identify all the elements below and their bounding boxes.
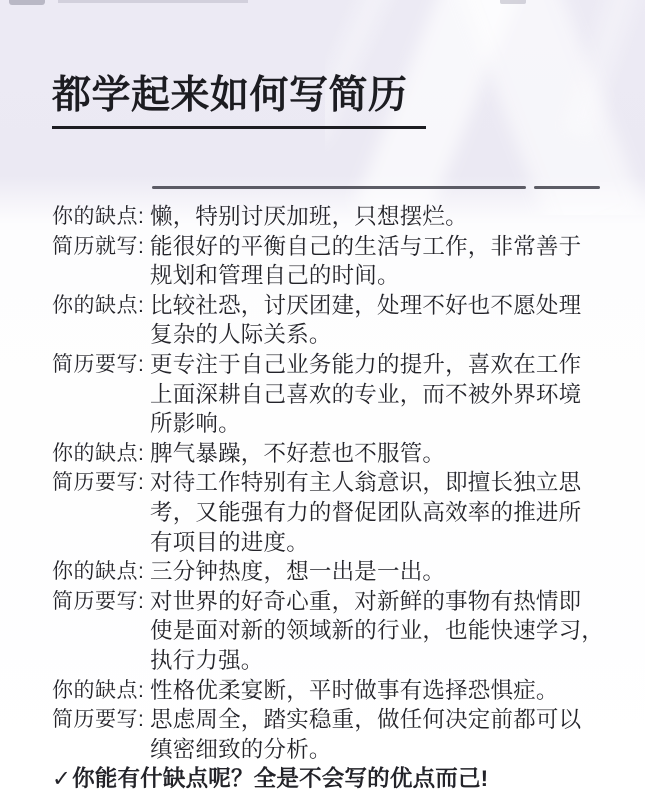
row-label: 你的缺点: [52, 439, 150, 469]
qa-list: 你的缺点: 懒，特别讨厌加班，只想摆烂。 简历就写: 能很好的平衡自己的生活与工… [52, 202, 624, 794]
row-label: 简历要写: [52, 468, 150, 498]
row-content: 更专注于自己业务能力的提升，喜欢在工作 上面深耕自己喜欢的专业，而不被外界环境 … [150, 350, 624, 439]
row-content: 能很好的平衡自己的生活与工作，非常善于 规划和管理自己的时间。 [150, 232, 624, 291]
footer-note: ✓你能有什缺点呢？全是不会写的优点而己! [52, 764, 624, 794]
list-item: 简历要写: 对世界的好奇心重，对新鲜的事物有热情即 使是面对新的领域新的行业，也… [52, 587, 624, 676]
top-edge-mark [58, 0, 248, 3]
list-item: 你的缺点: 比较社恐，讨厌团建，处理不好也不愿处理 复杂的人际关系。 [52, 291, 624, 350]
row-content: 比较社恐，讨厌团建，处理不好也不愿处理 复杂的人际关系。 [150, 291, 624, 350]
row-content: 思虑周全，踏实稳重，做任何决定前都可以 缜密细致的分析。 [150, 705, 624, 764]
cropped-text-artifact [152, 186, 602, 189]
check-icon: ✓ [52, 764, 71, 794]
row-label: 简历要写: [52, 350, 150, 380]
top-edge-artifact [0, 0, 645, 6]
row-content: 脾气暴躁，不好惹也不服管。 [150, 439, 624, 469]
row-label: 你的缺点: [52, 676, 150, 706]
footer-text: 你能有什缺点呢？全是不会写的优点而己! [72, 766, 488, 791]
list-item: 你的缺点: 懒，特别讨厌加班，只想摆烂。 [52, 202, 624, 232]
row-label: 简历要写: [52, 705, 150, 735]
list-item: 你的缺点: 性格优柔宴断，平时做事有选择恐惧症。 [52, 676, 624, 706]
top-edge-mark [500, 0, 526, 4]
note-card: 都学起来如何写简历 你的缺点: 懒，特别讨厌加班，只想摆烂。 简历就写: 能很好… [0, 0, 645, 800]
list-item: 你的缺点: 脾气暴躁，不好惹也不服管。 [52, 439, 624, 469]
row-content: 对待工作特别有主人翁意识，即擅长独立思 考，又能强有力的督促团队高效率的推进所 … [150, 468, 624, 557]
row-label: 你的缺点: [52, 557, 150, 587]
row-content: 对世界的好奇心重，对新鲜的事物有热情即 使是面对新的领域新的行业，也能快速学习，… [150, 587, 624, 676]
row-content: 懒，特别讨厌加班，只想摆烂。 [150, 202, 624, 232]
streak-shape [563, 0, 645, 140]
list-item: 简历要写: 更专注于自己业务能力的提升，喜欢在工作 上面深耕自己喜欢的专业，而不… [52, 350, 624, 439]
row-content: 三分钟热度，想一出是一出。 [150, 557, 624, 587]
row-content: 性格优柔宴断，平时做事有选择恐惧症。 [150, 676, 624, 706]
list-item: 你的缺点: 三分钟热度，想一出是一出。 [52, 557, 624, 587]
row-label: 简历要写: [52, 587, 150, 617]
list-item: 简历要写: 思虑周全，踏实稳重，做任何决定前都可以 缜密细致的分析。 [52, 705, 624, 764]
row-label: 简历就写: [52, 232, 150, 262]
streak-shape [456, 0, 645, 215]
list-item: 简历要写: 对待工作特别有主人翁意识，即擅长独立思 考，又能强有力的督促团队高效… [52, 468, 624, 557]
cropped-text-dash [152, 186, 526, 189]
list-item: 简历就写: 能很好的平衡自己的生活与工作，非常善于 规划和管理自己的时间。 [52, 232, 624, 291]
row-label: 你的缺点: [52, 202, 150, 232]
cropped-text-dash [534, 186, 600, 189]
page-title: 都学起来如何写简历 [52, 74, 426, 129]
top-edge-mark [9, 0, 45, 5]
row-label: 你的缺点: [52, 291, 150, 321]
